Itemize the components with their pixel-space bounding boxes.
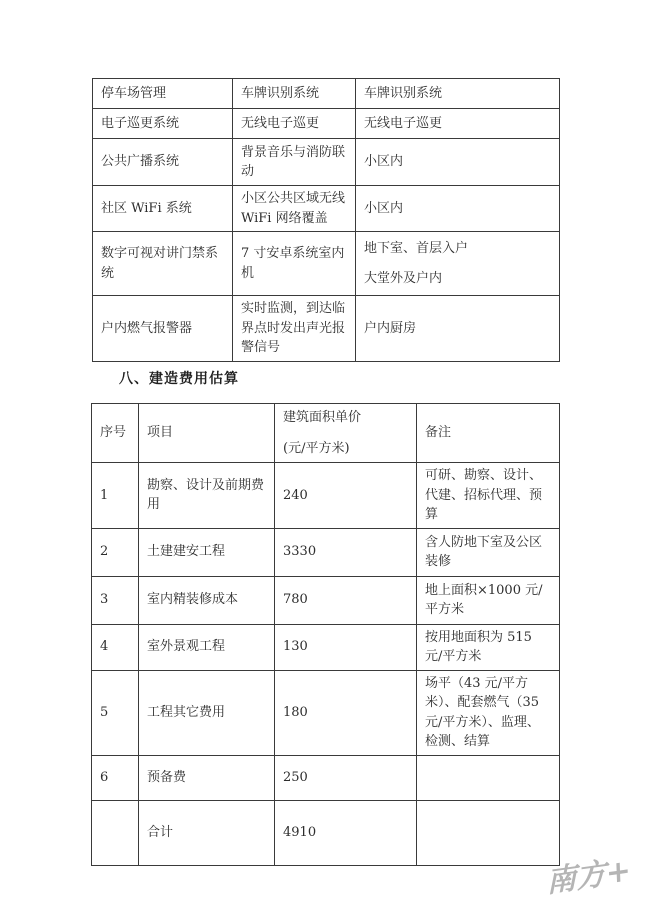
system-name-cell: 社区 WiFi 系统 [93, 186, 233, 232]
price-cell: 3330 [275, 528, 417, 576]
table-row: 公共广播系统 背景音乐与消防联动 小区内 [93, 139, 560, 186]
note-cell [417, 800, 560, 865]
note-cell: 可研、勘察、设计、代建、招标代理、预算 [417, 463, 560, 529]
table-row: 社区 WiFi 系统 小区公共区域无线 WiFi 网络覆盖 小区内 [93, 186, 560, 232]
header-price-line2: (元/平方米) [283, 439, 408, 459]
system-scope-cell: 地下室、首层入户 大堂外及户内 [356, 232, 560, 296]
note-cell: 场平（43 元/平方米）、配套燃气（35 元/平方米）、监理、检测、结算 [417, 670, 560, 755]
system-scope-cell: 车牌识别系统 [356, 79, 560, 109]
no-cell: 3 [92, 576, 139, 624]
item-cell: 土建建安工程 [139, 528, 275, 576]
table-row: 户内燃气报警器 实时监测，到达临界点时发出声光报警信号 户内厨房 [93, 296, 560, 362]
price-cell: 780 [275, 576, 417, 624]
item-cell: 室外景观工程 [139, 624, 275, 670]
price-cell: 4910 [275, 800, 417, 865]
note-cell: 按用地面积为 515 元/平方米 [417, 624, 560, 670]
watermark-text: 南方+ [546, 853, 632, 900]
header-item: 项目 [139, 404, 275, 463]
header-note: 备注 [417, 404, 560, 463]
system-desc-cell: 小区公共区域无线 WiFi 网络覆盖 [233, 186, 356, 232]
table-row: 数字可视对讲门禁系统 7 寸安卓系统室内机 地下室、首层入户 大堂外及户内 [93, 232, 560, 296]
table-row: 电子巡更系统 无线电子巡更 无线电子巡更 [93, 109, 560, 139]
table-row: 3 室内精装修成本 780 地上面积×1000 元/平方米 [92, 576, 560, 624]
table-row: 4 室外景观工程 130 按用地面积为 515 元/平方米 [92, 624, 560, 670]
system-name-cell: 公共广播系统 [93, 139, 233, 186]
system-name-cell: 数字可视对讲门禁系统 [93, 232, 233, 296]
no-cell: 1 [92, 463, 139, 529]
item-cell: 室内精装修成本 [139, 576, 275, 624]
system-name-cell: 电子巡更系统 [93, 109, 233, 139]
system-desc-cell: 无线电子巡更 [233, 109, 356, 139]
item-cell: 预备费 [139, 755, 275, 800]
table-total-row: 合计 4910 [92, 800, 560, 865]
table-row: 6 预备费 250 [92, 755, 560, 800]
document-page: 停车场管理 车牌识别系统 车牌识别系统 电子巡更系统 无线电子巡更 无线电子巡更… [0, 0, 650, 920]
no-cell: 2 [92, 528, 139, 576]
scope-line: 地下室、首层入户 [364, 239, 551, 259]
header-price-line1: 建筑面积单价 [283, 408, 408, 428]
price-cell: 240 [275, 463, 417, 529]
header-no: 序号 [92, 404, 139, 463]
system-name-cell: 户内燃气报警器 [93, 296, 233, 362]
system-scope-cell: 无线电子巡更 [356, 109, 560, 139]
note-cell: 含人防地下室及公区装修 [417, 528, 560, 576]
system-scope-cell: 小区内 [356, 139, 560, 186]
item-cell: 勘察、设计及前期费用 [139, 463, 275, 529]
item-cell: 工程其它费用 [139, 670, 275, 755]
table-row: 2 土建建安工程 3330 含人防地下室及公区装修 [92, 528, 560, 576]
header-price: 建筑面积单价 (元/平方米) [275, 404, 417, 463]
note-cell [417, 755, 560, 800]
note-cell: 地上面积×1000 元/平方米 [417, 576, 560, 624]
no-cell: 4 [92, 624, 139, 670]
system-name-cell: 停车场管理 [93, 79, 233, 109]
price-cell: 130 [275, 624, 417, 670]
system-scope-cell: 户内厨房 [356, 296, 560, 362]
price-cell: 180 [275, 670, 417, 755]
table-header-row: 序号 项目 建筑面积单价 (元/平方米) 备注 [92, 404, 560, 463]
scope-line: 大堂外及户内 [364, 269, 551, 289]
system-desc-cell: 实时监测，到达临界点时发出声光报警信号 [233, 296, 356, 362]
no-cell [92, 800, 139, 865]
section-heading: 八、建造费用估算 [119, 368, 239, 388]
system-scope-cell: 小区内 [356, 186, 560, 232]
table-row: 5 工程其它费用 180 场平（43 元/平方米）、配套燃气（35 元/平方米）… [92, 670, 560, 755]
price-cell: 250 [275, 755, 417, 800]
no-cell: 6 [92, 755, 139, 800]
system-desc-cell: 车牌识别系统 [233, 79, 356, 109]
item-cell: 合计 [139, 800, 275, 865]
systems-table: 停车场管理 车牌识别系统 车牌识别系统 电子巡更系统 无线电子巡更 无线电子巡更… [92, 78, 560, 362]
table-row: 1 勘察、设计及前期费用 240 可研、勘察、设计、代建、招标代理、预算 [92, 463, 560, 529]
table-row: 停车场管理 车牌识别系统 车牌识别系统 [93, 79, 560, 109]
system-desc-cell: 背景音乐与消防联动 [233, 139, 356, 186]
cost-table: 序号 项目 建筑面积单价 (元/平方米) 备注 1 勘察、设计及前期费用 240… [91, 403, 560, 866]
no-cell: 5 [92, 670, 139, 755]
system-desc-cell: 7 寸安卓系统室内机 [233, 232, 356, 296]
